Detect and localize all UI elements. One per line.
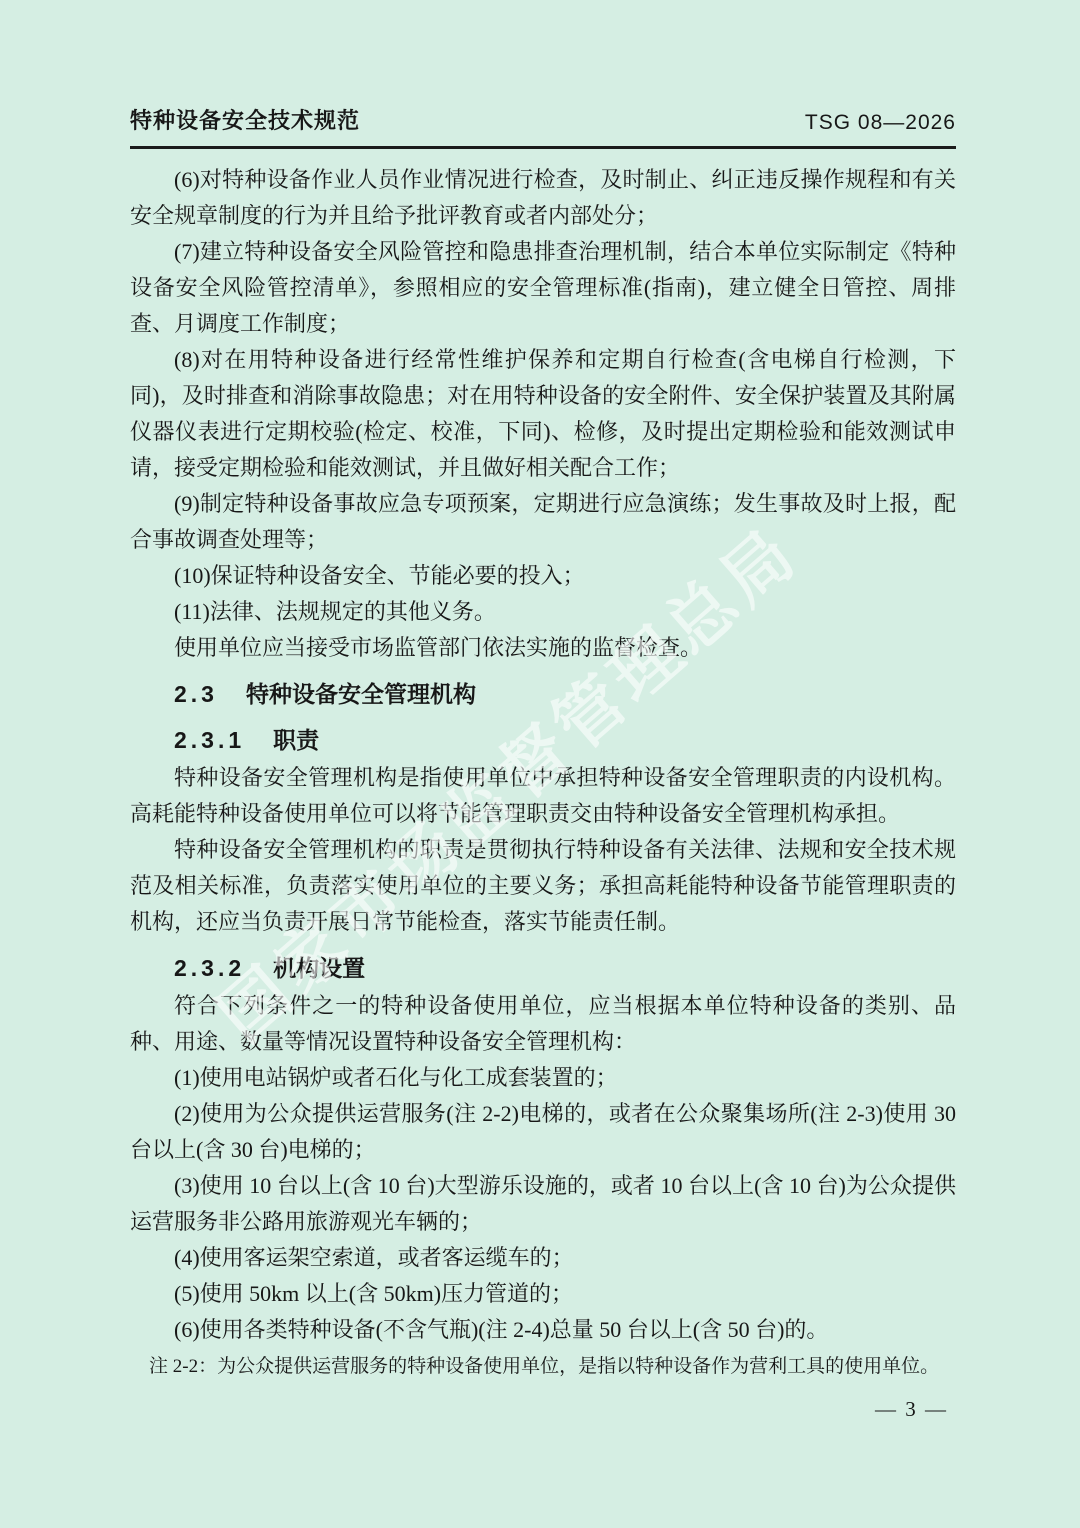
page-header: 特种设备安全技术规范 TSG 08—2026 (130, 104, 956, 149)
page-content: 特种设备安全技术规范 TSG 08—2026 (6)对特种设备作业人员作业情况进… (130, 0, 956, 1384)
page-number: — 3 — (875, 1397, 948, 1422)
document-page: 特种设备安全技术规范 TSG 08—2026 (6)对特种设备作业人员作业情况进… (0, 0, 1080, 1528)
body-paragraph-conditions-intro: 符合下列条件之一的特种设备使用单位，应当根据本单位特种设备的类别、品种、用途、数… (130, 988, 956, 1060)
subsection-title: 职责 (273, 727, 319, 753)
section-heading-2-3: 2.3特种设备安全管理机构 (130, 676, 956, 712)
body-paragraph-item-10: (10)保证特种设备安全、节能必要的投入； (130, 558, 956, 594)
body-paragraph-condition-5: (5)使用 50km 以上(含 50km)压力管道的； (130, 1276, 956, 1312)
body-paragraph-item-6: (6)对特种设备作业人员作业情况进行检查，及时制止、纠正违反操作规程和有关安全规… (130, 162, 956, 234)
body-paragraph-item-9: (9)制定特种设备事故应急专项预案，定期进行应急演练；发生事故及时上报，配合事故… (130, 486, 956, 558)
body-paragraph-condition-2: (2)使用为公众提供运营服务(注 2-2)电梯的，或者在公众聚集场所(注 2-3… (130, 1096, 956, 1168)
body-paragraph-condition-3: (3)使用 10 台以上(含 10 台)大型游乐设施的，或者 10 台以上(含 … (130, 1168, 956, 1240)
body-paragraph-item-8: (8)对在用特种设备进行经常性维护保养和定期自行检查(含电梯自行检测，下同)，及… (130, 342, 956, 486)
body-paragraph-item-11: (11)法律、法规规定的其他义务。 (130, 594, 956, 630)
subsection-heading-2-3-2: 2.3.2机构设置 (130, 950, 956, 986)
body-paragraph-org-duties: 特种设备安全管理机构的职责是贯彻执行特种设备有关法律、法规和安全技术规范及相关标… (130, 832, 956, 940)
body-paragraph-condition-1: (1)使用电站锅炉或者石化与化工成套装置的； (130, 1060, 956, 1096)
body-paragraph-org-definition: 特种设备安全管理机构是指使用单位中承担特种设备安全管理职责的内设机构。高耗能特种… (130, 760, 956, 832)
body-paragraph-item-7: (7)建立特种设备安全风险管控和隐患排查治理机制，结合本单位实际制定《特种设备安… (130, 234, 956, 342)
subsection-title: 机构设置 (273, 955, 365, 981)
footnote-2-2: 注 2-2：为公众提供运营服务的特种设备使用单位，是指以特种设备作为营利工具的使… (130, 1350, 956, 1384)
header-title: 特种设备安全技术规范 (130, 104, 360, 135)
body-paragraph-condition-6: (6)使用各类特种设备(不含气瓶)(注 2-4)总量 50 台以上(含 50 台… (130, 1312, 956, 1348)
header-doc-code: TSG 08—2026 (805, 111, 956, 135)
section-number: 2.3 (174, 681, 218, 707)
body-paragraph-condition-4: (4)使用客运架空索道，或者客运缆车的； (130, 1240, 956, 1276)
document-body: (6)对特种设备作业人员作业情况进行检查，及时制止、纠正违反操作规程和有关安全规… (130, 162, 956, 1384)
subsection-number: 2.3.2 (174, 955, 245, 981)
subsection-number: 2.3.1 (174, 727, 245, 753)
body-paragraph-supervision: 使用单位应当接受市场监管部门依法实施的监督检查。 (130, 630, 956, 666)
section-title: 特种设备安全管理机构 (246, 681, 476, 707)
subsection-heading-2-3-1: 2.3.1职责 (130, 722, 956, 758)
